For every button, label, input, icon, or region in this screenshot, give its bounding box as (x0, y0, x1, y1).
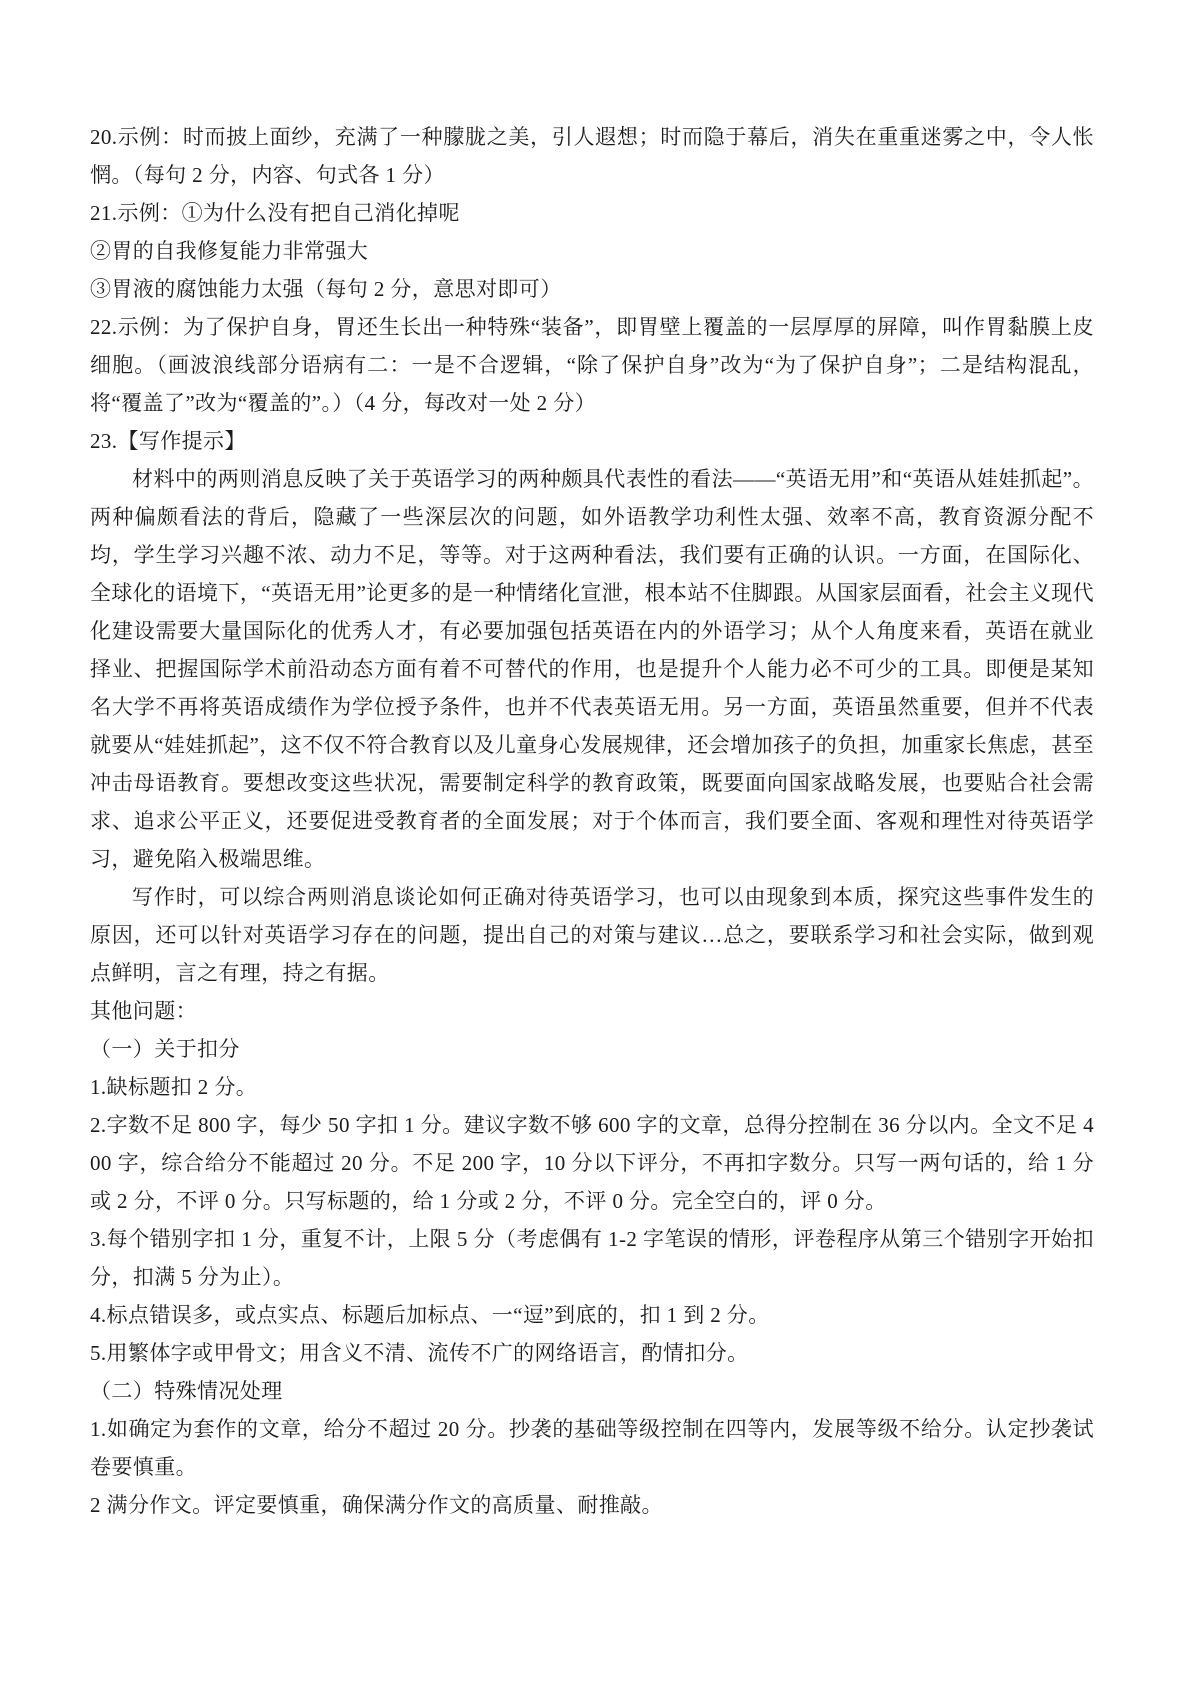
para-section-2-heading: （二）特殊情况处理 (90, 1372, 1094, 1410)
para-answer-22: 22.示例：为了保护自身，胃还生长出一种特殊“装备”，即胃壁上覆盖的一层厚厚的屏… (90, 308, 1094, 422)
para-writing-hint-1: 材料中的两则消息反映了关于英语学习的两种颇具代表性的看法——“英语无用”和“英语… (90, 460, 1094, 878)
para-special-case-2: 2 满分作文。评定要慎重，确保满分作文的高质量、耐推敲。 (90, 1486, 1094, 1524)
para-answer-21-point-3: ③胃液的腐蚀能力太强（每句 2 分，意思对即可） (90, 270, 1094, 308)
answer-key-text-block: 20.示例：时而披上面纱，充满了一种朦胧之美，引人遐想；时而隐于幕后，消失在重重… (90, 118, 1094, 1524)
para-deduction-rule-4: 4.标点错误多，或点实点、标题后加标点、一“逗”到底的，扣 1 到 2 分。 (90, 1296, 1094, 1334)
para-answer-21-point-1: 21.示例：①为什么没有把自己消化掉呢 (90, 194, 1094, 232)
para-answer-23-heading: 23.【写作提示】 (90, 422, 1094, 460)
para-answer-20: 20.示例：时而披上面纱，充满了一种朦胧之美，引人遐想；时而隐于幕后，消失在重重… (90, 118, 1094, 194)
para-writing-hint-2: 写作时，可以综合两则消息谈论如何正确对待英语学习，也可以由现象到本质，探究这些事… (90, 878, 1094, 992)
para-special-case-1: 1.如确定为套作的文章，给分不超过 20 分。抄袭的基础等级控制在四等内，发展等… (90, 1410, 1094, 1486)
para-deduction-rule-2: 2.字数不足 800 字，每少 50 字扣 1 分。建议字数不够 600 字的文… (90, 1106, 1094, 1220)
document-page: 20.示例：时而披上面纱，充满了一种朦胧之美，引人遐想；时而隐于幕后，消失在重重… (0, 0, 1200, 1698)
para-deduction-rule-5: 5.用繁体字或甲骨文；用含义不清、流传不广的网络语言，酌情扣分。 (90, 1334, 1094, 1372)
para-other-issues-heading: 其他问题： (90, 992, 1094, 1030)
para-answer-21-point-2: ②胃的自我修复能力非常强大 (90, 232, 1094, 270)
para-section-1-heading: （一）关于扣分 (90, 1030, 1094, 1068)
para-deduction-rule-1: 1.缺标题扣 2 分。 (90, 1068, 1094, 1106)
para-deduction-rule-3: 3.每个错别字扣 1 分，重复不计，上限 5 分（考虑偶有 1-2 字笔误的情形… (90, 1220, 1094, 1296)
